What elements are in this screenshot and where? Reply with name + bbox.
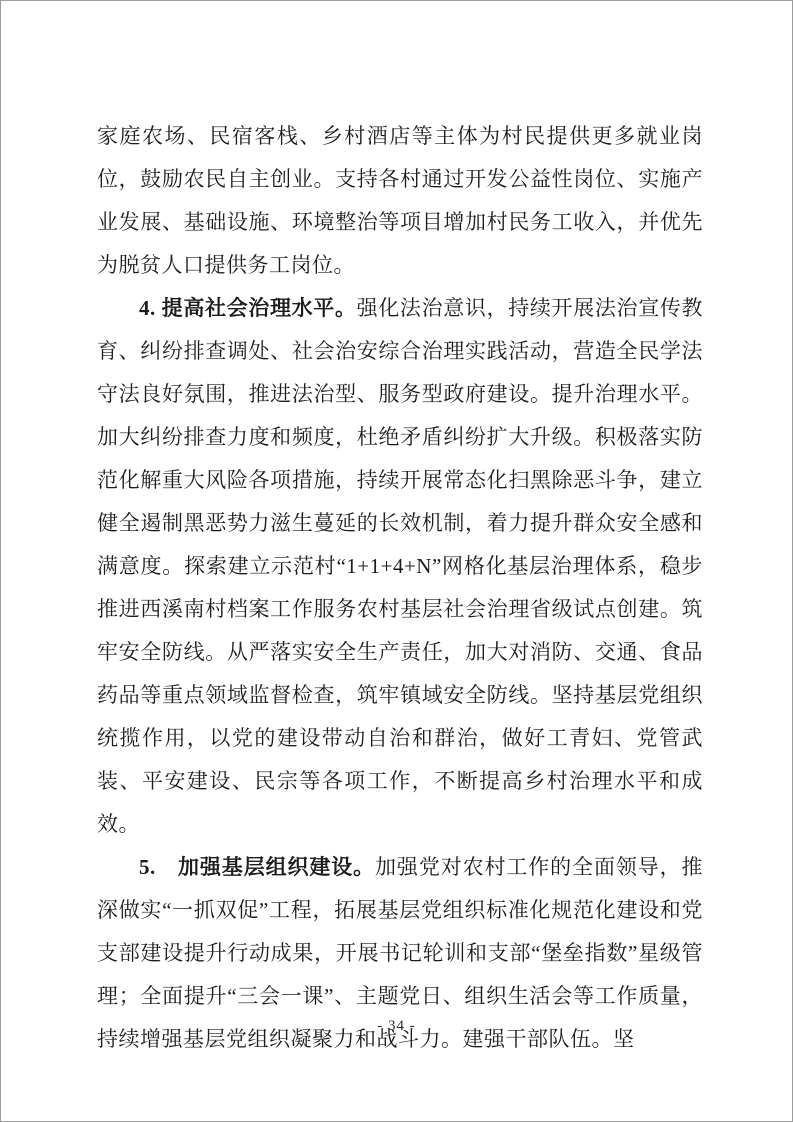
section-heading: 5. 加强基层组织建设。 — [139, 855, 375, 879]
section-heading: 4. 提高社会治理水平。 — [139, 296, 357, 320]
paragraph-text: 家庭农场、民宿客栈、乡村酒店等主体为村民提供更多就业岗位，鼓励农民自主创业。支持… — [97, 124, 703, 277]
para-continuation: 家庭农场、民宿客栈、乡村酒店等主体为村民提供更多就业岗位，鼓励农民自主创业。支持… — [97, 115, 703, 287]
para-section-4: 4. 提高社会治理水平。强化法治意识，持续开展法治宣传教育、纠纷排查调处、社会治… — [97, 287, 703, 846]
page-footer: - 34 - — [1, 1015, 792, 1037]
page-number: - 34 - — [377, 1018, 416, 1034]
document-body: 家庭农场、民宿客栈、乡村酒店等主体为村民提供更多就业岗位，鼓励农民自主创业。支持… — [97, 115, 703, 1061]
document-page: 家庭农场、民宿客栈、乡村酒店等主体为村民提供更多就业岗位，鼓励农民自主创业。支持… — [0, 0, 793, 1122]
paragraph-text: 强化法治意识，持续开展法治宣传教育、纠纷排查调处、社会治安综合治理实践活动，营造… — [97, 296, 703, 836]
